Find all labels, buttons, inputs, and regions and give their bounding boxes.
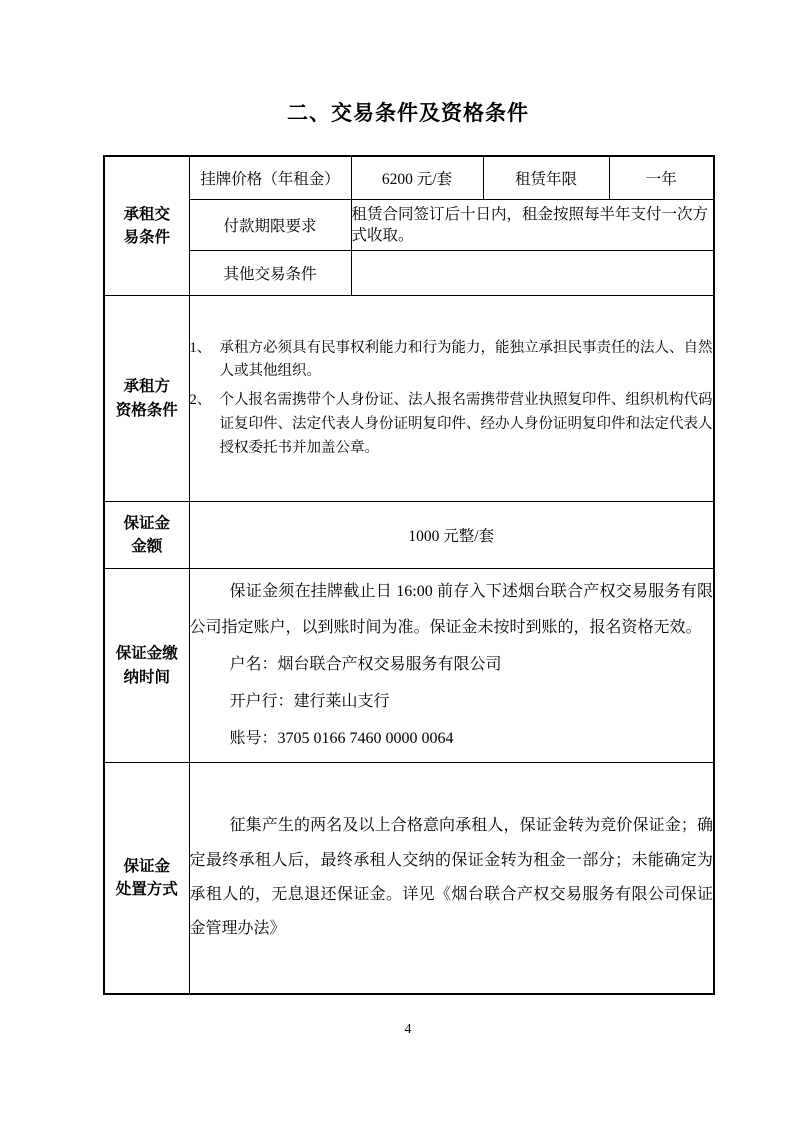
deposit-disposal-cell: 征集产生的两名及以上合格意向承租人，保证金转为竞价保证金；确定最终承租人后，最终… [189,763,714,995]
account-number-line: 账号：3705 0166 7460 0000 0064 [190,721,714,758]
table-row: 承租方 资格条件 1、 承租方必须具有民事权利能力和行为能力，能独立承担民事责任… [104,296,714,502]
listing-price-value: 6200 元/套 [351,156,483,200]
deposit-amount-value: 1000 元整/套 [189,502,714,569]
listing-price-label: 挂牌价格（年租金） [189,156,351,200]
row-label-lease-transaction-conditions: 承租交 易条件 [104,156,189,296]
row-label-deposit-disposal: 保证金 处置方式 [104,763,189,995]
table-row: 保证金 金额 1000 元整/套 [104,502,714,569]
payment-term-label: 付款期限要求 [189,200,351,251]
other-conditions-value [351,251,714,296]
list-item: 2、 个人报名需携带个人身份证、法人报名需携带营业执照复印件、组织机构代码证复印… [190,389,714,460]
bank-branch-line: 开户行：建行莱山支行 [190,684,714,721]
row-label-deposit-payment-time: 保证金缴 纳时间 [104,569,189,763]
payment-term-value: 租赁合同签订后十日内，租金按照每半年支付一次方式收取。 [351,200,714,251]
deposit-payment-time-cell: 保证金须在挂牌截止日 16:00 前存入下述烟台联合产权交易服务有限公司指定账户… [189,569,714,763]
table-row: 保证金缴 纳时间 保证金须在挂牌截止日 16:00 前存入下述烟台联合产权交易服… [104,569,714,763]
lease-term-label: 租赁年限 [483,156,609,200]
other-conditions-label: 其他交易条件 [189,251,351,296]
lease-term-value: 一年 [609,156,714,200]
list-item: 1、 承租方必须具有民事权利能力和行为能力，能独立承担民事责任的法人、自然人或其… [190,337,714,385]
table-row: 保证金 处置方式 征集产生的两名及以上合格意向承租人，保证金转为竞价保证金；确定… [104,763,714,995]
item-number: 2、 [190,389,220,460]
item-text: 个人报名需携带个人身份证、法人报名需携带营业执照复印件、组织机构代码证复印件、法… [220,389,714,460]
table-row: 付款期限要求 租赁合同签订后十日内，租金按照每半年支付一次方式收取。 [104,200,714,251]
document-page: 二、交易条件及资格条件 承租交 易条件 挂牌价格（年租金） 6200 元/套 租… [0,0,793,1122]
item-number: 1、 [190,337,220,385]
deposit-time-paragraph: 保证金须在挂牌截止日 16:00 前存入下述烟台联合产权交易服务有限公司指定账户… [190,574,714,648]
item-text: 承租方必须具有民事权利能力和行为能力，能独立承担民事责任的法人、自然人或其他组织… [220,337,714,385]
table-row: 承租交 易条件 挂牌价格（年租金） 6200 元/套 租赁年限 一年 [104,156,714,200]
page-number: 4 [103,1022,713,1038]
page-title: 二、交易条件及资格条件 [103,99,713,127]
row-label-lessee-qualification: 承租方 资格条件 [104,296,189,502]
table-row: 其他交易条件 [104,251,714,296]
conditions-table: 承租交 易条件 挂牌价格（年租金） 6200 元/套 租赁年限 一年 付款期限要… [103,155,715,995]
row-label-deposit-amount: 保证金 金额 [104,502,189,569]
qualification-list: 1、 承租方必须具有民事权利能力和行为能力，能独立承担民事责任的法人、自然人或其… [189,296,714,502]
deposit-disposal-paragraph: 征集产生的两名及以上合格意向承租人，保证金转为竞价保证金；确定最终承租人后，最终… [190,809,714,947]
account-name-line: 户名：烟台联合产权交易服务有限公司 [190,647,714,684]
